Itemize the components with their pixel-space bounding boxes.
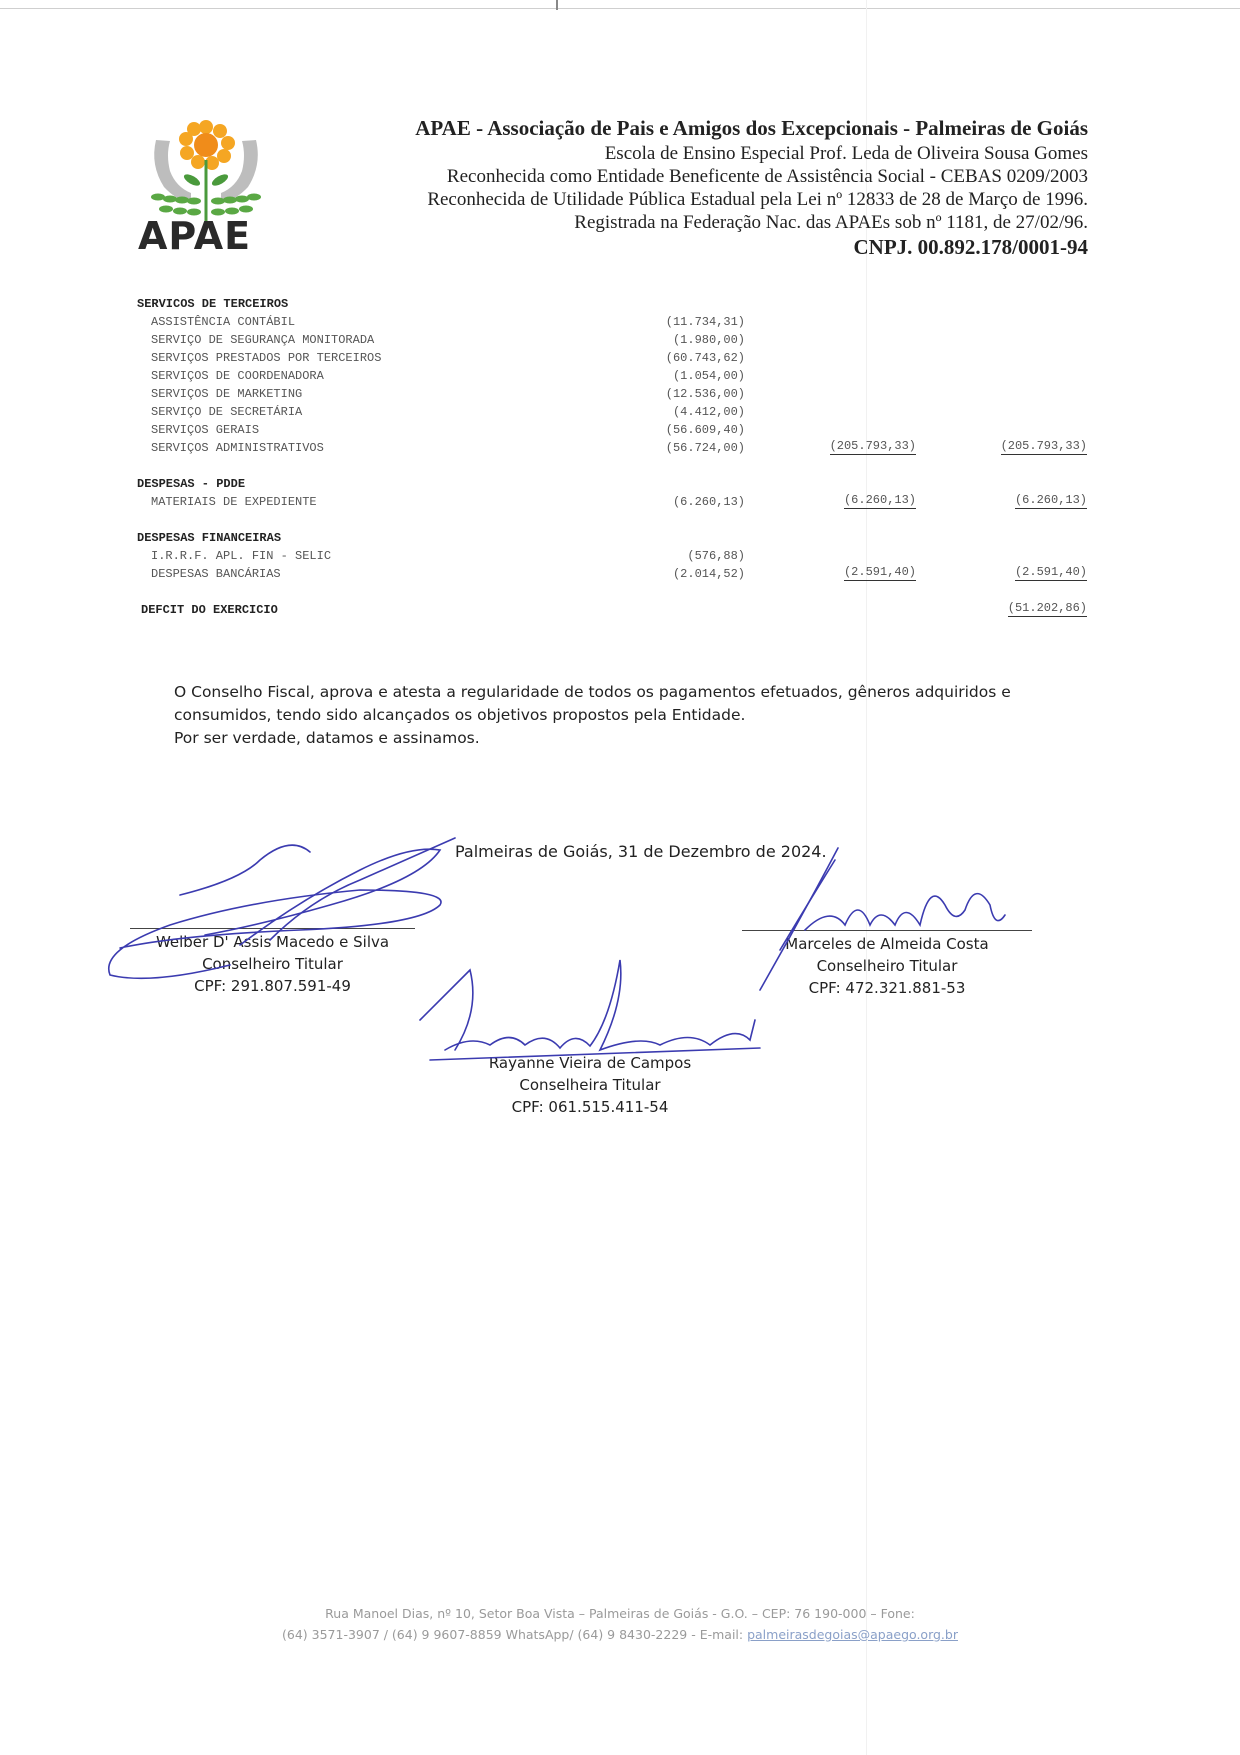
signature-block: Rayanne Vieira de Campos Conselheira Tit… xyxy=(445,1052,735,1118)
row-label: SERVIÇOS PRESTADOS POR TERCEIROS xyxy=(151,349,381,367)
row-label: I.R.R.F. APL. FIN - SELIC xyxy=(151,547,331,565)
row-label: DESPESAS BANCÁRIAS xyxy=(151,565,281,583)
signatory-name: Marceles de Almeida Costa xyxy=(742,933,1032,955)
row-label: MATERIAIS DE EXPEDIENTE xyxy=(151,493,317,511)
scan-top-edge xyxy=(0,8,1240,9)
row-label: SERVIÇO DE SEGURANÇA MONITORADA xyxy=(151,331,374,349)
handwritten-signatures-icon xyxy=(0,0,1240,1755)
signatory-role: Conselheiro Titular xyxy=(742,955,1032,977)
financial-statement: SERVICOS DE TERCEIROS ASSISTÊNCIA CONTÁB… xyxy=(137,295,1092,619)
row-label: SERVIÇO DE SECRETÁRIA xyxy=(151,403,302,421)
letterhead-line: Reconhecida de Utilidade Pública Estadua… xyxy=(415,188,1088,211)
section-subtotal: (6.260,13) xyxy=(844,493,916,509)
footer-contact: Rua Manoel Dias, nº 10, Setor Boa Vista … xyxy=(0,1603,1240,1645)
scan-fold-line xyxy=(866,0,867,1755)
paragraph: O Conselho Fiscal, aprova e atesta a reg… xyxy=(174,681,1074,727)
organization-name: APAE - Associação de Pais e Amigos dos E… xyxy=(415,116,1088,141)
row-label: SERVIÇOS GERAIS xyxy=(151,421,259,439)
letterhead-line: Reconhecida como Entidade Beneficente de… xyxy=(415,165,1088,188)
deficit-row: DEFCIT DO EXERCICIO(51.202,86) xyxy=(137,601,1092,619)
statement-row: ASSISTÊNCIA CONTÁBIL(11.734,31) xyxy=(137,313,1092,331)
signatory-cpf: CPF: 472.321.881-53 xyxy=(742,977,1032,999)
signatory-name: Welber D' Assis Macedo e Silva xyxy=(130,931,415,953)
section-subtotal: (205.793,33) xyxy=(830,439,916,455)
deficit-label: DEFCIT DO EXERCICIO xyxy=(141,601,278,619)
statement-row: SERVIÇOS PRESTADOS POR TERCEIROS(60.743,… xyxy=(137,349,1092,367)
statement-row: SERVIÇOS GERAIS(56.609,40) xyxy=(137,421,1092,439)
cnpj: CNPJ. 00.892.178/0001-94 xyxy=(415,235,1088,260)
section-header: SERVICOS DE TERCEIROS xyxy=(137,295,1092,313)
statement-row: SERVIÇO DE SEGURANÇA MONITORADA(1.980,00… xyxy=(137,331,1092,349)
section-total: (205.793,33) xyxy=(1001,439,1087,455)
signature-line xyxy=(742,930,1032,931)
signatory-cpf: CPF: 061.515.411-54 xyxy=(445,1096,735,1118)
row-value: (11.734,31) xyxy=(666,313,745,331)
statement-row: SERVIÇO DE SECRETÁRIA(4.412,00) xyxy=(137,403,1092,421)
row-label: SERVIÇOS ADMINISTRATIVOS xyxy=(151,439,324,457)
statement-row: MATERIAIS DE EXPEDIENTE(6.260,13)(6.260,… xyxy=(137,493,1092,511)
signature-line xyxy=(130,928,415,929)
section-header: DESPESAS - PDDE xyxy=(137,475,1092,493)
signatory-name: Rayanne Vieira de Campos xyxy=(445,1052,735,1074)
row-value: (1.054,00) xyxy=(673,367,745,385)
statement-row: DESPESAS BANCÁRIAS(2.014,52)(2.591,40)(2… xyxy=(137,565,1092,583)
row-value: (576,88) xyxy=(687,547,745,565)
section-total: (2.591,40) xyxy=(1015,565,1087,581)
section-total: (6.260,13) xyxy=(1015,493,1087,509)
row-value: (12.536,00) xyxy=(666,385,745,403)
statement-row: SERVIÇOS DE COORDENADORA(1.054,00) xyxy=(137,367,1092,385)
statement-row: SERVIÇOS ADMINISTRATIVOS(56.724,00)(205.… xyxy=(137,439,1092,457)
paragraph: Por ser verdade, datamos e assinamos. xyxy=(174,727,1074,750)
row-label: SERVIÇOS DE COORDENADORA xyxy=(151,367,324,385)
footer-phones: (64) 3571-3907 / (64) 9 9607-8859 WhatsA… xyxy=(0,1624,1240,1645)
row-label: SERVIÇOS DE MARKETING xyxy=(151,385,302,403)
section-subtotal: (2.591,40) xyxy=(844,565,916,581)
council-statement: O Conselho Fiscal, aprova e atesta a reg… xyxy=(174,681,1074,750)
row-value: (4.412,00) xyxy=(673,403,745,421)
section-header: DESPESAS FINANCEIRAS xyxy=(137,529,1092,547)
signatory-cpf: CPF: 291.807.591-49 xyxy=(130,975,415,997)
letterhead-line: Registrada na Federação Nac. das APAEs s… xyxy=(415,211,1088,234)
place-date: Palmeiras de Goiás, 31 de Dezembro de 20… xyxy=(455,842,827,861)
scan-top-mark xyxy=(556,0,558,10)
statement-row: I.R.R.F. APL. FIN - SELIC(576,88) xyxy=(137,547,1092,565)
row-value: (6.260,13) xyxy=(673,493,745,511)
signatory-role: Conselheira Titular xyxy=(445,1074,735,1096)
letterhead: APAE - Associação de Pais e Amigos dos E… xyxy=(415,116,1088,260)
row-label: ASSISTÊNCIA CONTÁBIL xyxy=(151,313,295,331)
row-value: (56.609,40) xyxy=(666,421,745,439)
logo-wordmark: APAE xyxy=(138,214,251,258)
row-value: (2.014,52) xyxy=(673,565,745,583)
row-value: (56.724,00) xyxy=(666,439,745,457)
row-value: (1.980,00) xyxy=(673,331,745,349)
footer-address: Rua Manoel Dias, nº 10, Setor Boa Vista … xyxy=(0,1603,1240,1624)
letterhead-line: Escola de Ensino Especial Prof. Leda de … xyxy=(415,142,1088,165)
statement-row: SERVIÇOS DE MARKETING(12.536,00) xyxy=(137,385,1092,403)
signatory-role: Conselheiro Titular xyxy=(130,953,415,975)
email-link[interactable]: palmeirasdegoias@apaego.org.br xyxy=(747,1627,958,1642)
signature-block: Welber D' Assis Macedo e Silva Conselhei… xyxy=(130,928,415,997)
row-value: (60.743,62) xyxy=(666,349,745,367)
signature-block: Marceles de Almeida Costa Conselheiro Ti… xyxy=(742,930,1032,999)
deficit-value: (51.202,86) xyxy=(1008,601,1087,617)
